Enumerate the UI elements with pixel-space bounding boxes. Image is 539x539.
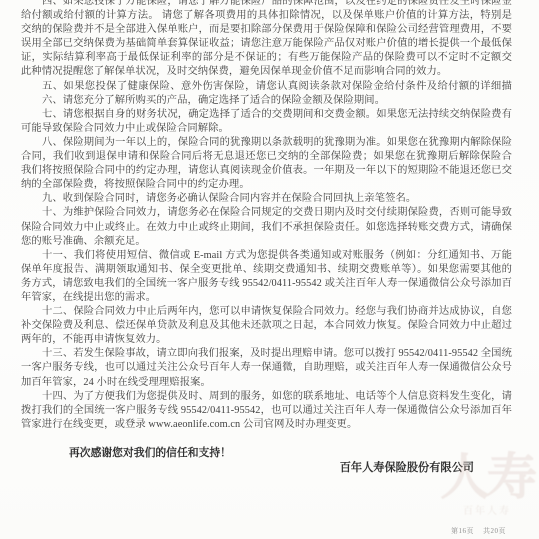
watermark-small-characters: 百年人寿	[427, 502, 539, 517]
text-line: 九、收到保险合同时，请您务必确认保险合同内容并在保险合同回执上亲笔签名。	[21, 192, 512, 206]
text-line: 交纳的保险费并不是全部进入保单账户，而是要扣除部分保费用于保险保障和保险公司经营…	[21, 23, 512, 37]
body-lines: 四、如果您投保了万能保险，请您了解万能保险产品的保障范围，以及在约定的保险责任发…	[21, 0, 512, 432]
text-line: 证，实际结算利率高于最低保证利率的部分是不保证的；有些万能保险产品的保险费可以不…	[21, 51, 512, 65]
page-number: 第16页	[451, 527, 474, 535]
closing-thanks-line: 再次感谢您对我们的信任和支持！	[21, 446, 512, 460]
text-line: 务方式，请您致电我们的全国统一客户服务专线 95542/0411-95542 或…	[21, 277, 512, 291]
text-line: 纳的全部保险费，将按照保险合同中的约定办理。	[21, 178, 512, 192]
text-line: 四、如果您投保了万能保险，请您了解万能保险产品的保障范围，以及在约定的保险责任发…	[21, 0, 512, 9]
text-line: 补交保险费及利息、偿还保单贷款及利息及其他未还款项之日起，本合同效力恢复。保险合…	[21, 319, 512, 333]
text-line: 六、请您充分了解所购买的产品，确定选择了适合的保险金额及保险期间。	[21, 94, 512, 108]
text-line: 七、请您根据自身的财务状况，确定选择了适合的交费期间和交费金额。如果您无法持续交…	[21, 108, 512, 122]
text-line: 八、保险期间为一年以上的，保险合同的犹豫期以条款载明的犹豫期为准。如果您在犹豫期…	[21, 136, 512, 150]
text-line: 保险合同效力中止或终止。在效力中止或终止期间，我们不承担保险责任。如您选择转账交…	[21, 221, 512, 235]
text-line: 拨打我们的全国统一客户服务专线 95542/0411-95542，也可以通过关注…	[21, 404, 512, 418]
blank-line	[21, 432, 512, 446]
text-line: 保单年度报告、满期领取通知书、保全变更批单、续期交费通知书、续期交费账单等）。如…	[21, 263, 512, 277]
text-line: 十二、保险合同效力中止后两年内，您可以申请恢复保险合同效力。经您与我们协商并达成…	[21, 305, 512, 319]
text-line: 合同，我们收到退保申请和保险合同后将无息退还您已交纳的全部保险费；如果您在犹豫期…	[21, 150, 512, 164]
text-line: 十四、为了方便我们为您提供及时、周到的服务，如您的联系地址、电话等个人信息资料发…	[21, 390, 512, 404]
text-line: 一客户服务专线，也可以通过关注公众号百年人寿一保通微，自助理赔，或关注百年人寿一…	[21, 361, 512, 375]
text-line: 此种情况提醒您了解保单状况，及时交纳保费，避免因保单现金价值不足而影响合同的效力…	[21, 65, 512, 79]
page-number-footer: 第16页共20页	[451, 526, 506, 536]
company-signature: 百年人寿保险股份有限公司	[21, 460, 512, 476]
text-line: 您的账号准确、余额充足。	[21, 235, 512, 249]
page-total: 共20页	[483, 527, 506, 535]
text-line: 给付额或给付额的计算方法。 请您了解各项费用的具体扣除情况，以及保单账户价值的计…	[21, 9, 512, 23]
text-line: 误用全部已交纳保费为基础简单套算保证收益；请您注意万能保险产品仅对账户价值的增长…	[21, 37, 512, 51]
text-line: 加百年管家，24 小时在线受理理赔报案。	[21, 376, 512, 390]
document-page: 四、如果您投保了万能保险，请您了解万能保险产品的保障范围，以及在约定的保险责任发…	[0, 0, 539, 539]
text-line: 年管家，在线提出您的需求。	[21, 291, 512, 305]
text-line: 十、为维护保险合同效力，请您务必在保险合同规定的交费日期内及时交付续期保险费，否…	[21, 206, 512, 220]
notice-text-block: 四、如果您投保了万能保险，请您了解万能保险产品的保障范围，以及在约定的保险责任发…	[21, 0, 512, 476]
text-line: 我们将按照保险合同中的约定办理，请您认真阅读现金价值表。一年期及一年以下的短期险…	[21, 164, 512, 178]
text-line: 五、如果您投保了健康保险、意外伤害保险，请您认真阅读条款对保险金给付条件及给付额…	[21, 80, 512, 94]
text-line: 可能导致保险合同效力中止或保险合同解除。	[21, 122, 512, 136]
text-line: 两年的，不能再申请恢复效力。	[21, 333, 512, 347]
text-line: 管家进行在线变更，或登录 www.aeonlife.com.cn 公司官网及时办…	[21, 418, 512, 432]
text-line: 十三、若发生保险事故，请立即向我们报案，及时提出理赔申请。您可以拨打 95542…	[21, 347, 512, 361]
text-line: 十一、我们将使用短信、微信或 E-mail 方式为您提供各类通知或对账服务（例如…	[21, 249, 512, 263]
